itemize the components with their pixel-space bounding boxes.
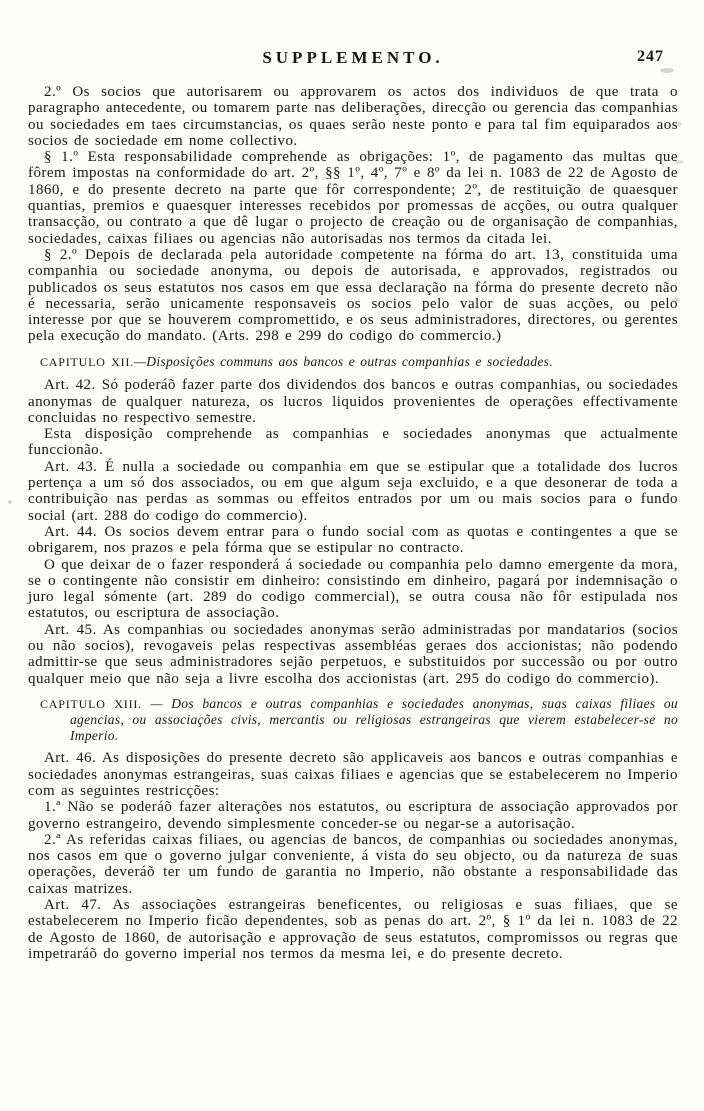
chapter-heading-xiii: CAPITULO XIII. — Dos bancos e outras com… [28,696,678,744]
chapter-xiii-title: — Dos bancos e outras companhias e socie… [70,696,678,743]
paragraph-responsabilidade-2: § 2.º Depois de declarada pela autoridad… [28,247,678,345]
chapter-xii-label: CAPITULO XII. [40,355,134,369]
paragraph-damno-emergente: O que deixar de o fazer responderá á soc… [28,557,678,622]
scan-artifact [672,298,680,302]
scan-artifact [676,122,682,126]
scanned-document-page: SUPPLEMENTO. 247 2.º Os socios que autor… [0,0,704,1111]
paragraph-restriccao-2: 2.ª As referidas caixas filiaes, ou agen… [28,832,678,897]
page-number: 247 [637,48,664,66]
article-45: Art. 45. As companhias ou sociedades ano… [28,622,678,687]
chapter-xiii-label: CAPITULO XIII. [40,697,142,711]
article-44: Art. 44. Os socios devem entrar para o f… [28,524,678,557]
paragraph-disposicao-comprehende: Esta disposição comprehende as companhia… [28,426,678,459]
chapter-xii-title: —Disposições communs aos bancos e outras… [134,354,553,369]
paragraph-restriccao-1: 1.ª Não se poderáõ fazer alterações nos … [28,799,678,832]
paragraph-socios-equiparados: 2.º Os socios que autorisarem ou approva… [28,84,678,149]
page-header: SUPPLEMENTO. 247 [28,48,678,72]
scan-artifact [660,68,674,73]
article-47: Art. 47. As associações estrangeiras ben… [28,897,678,962]
paragraph-responsabilidade-1: § 1.º Esta responsabilidade comprehende … [28,149,678,247]
scan-artifact [8,500,12,504]
running-title: SUPPLEMENTO. [28,48,678,68]
article-43: Art. 43. É nulla a sociedade ou companhi… [28,459,678,524]
article-46: Art. 46. As disposições do presente decr… [28,750,678,799]
document-body: 2.º Os socios que autorisarem ou approva… [28,84,678,962]
scan-artifact [674,160,684,164]
chapter-heading-xii: CAPITULO XII.—Disposições communs aos ba… [28,354,678,371]
article-42: Art. 42. Só poderáõ fazer parte dos divi… [28,377,678,426]
